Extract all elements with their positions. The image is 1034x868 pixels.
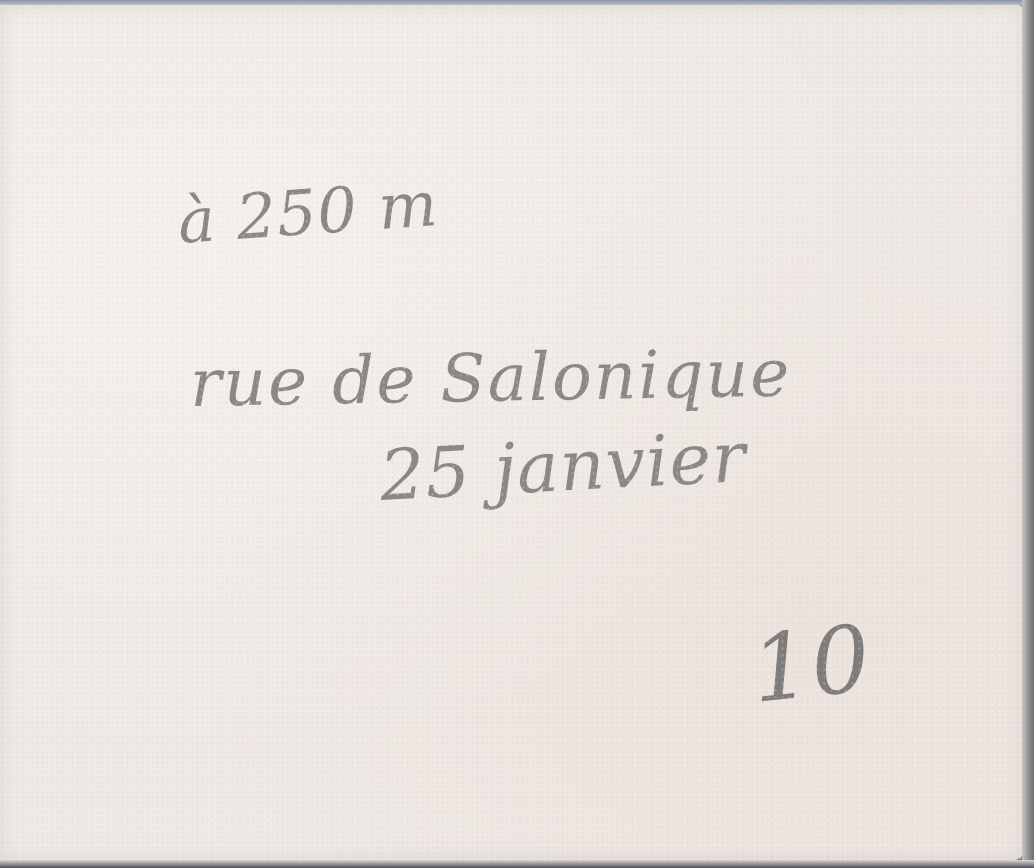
right-edge-shadow xyxy=(1022,0,1034,868)
handwritten-street-line: rue de Salonique xyxy=(189,335,791,422)
scanned-card: à 250 m rue de Salonique 25 janvier 10 xyxy=(0,0,1034,868)
bottom-edge-shadow xyxy=(0,860,1034,868)
handwritten-distance-line: à 250 m xyxy=(175,167,440,258)
handwritten-date-line: 25 janvier xyxy=(378,416,748,517)
paper-sheet: à 250 m rue de Salonique 25 janvier 10 xyxy=(0,5,1024,860)
handwritten-page-number: 10 xyxy=(746,605,876,724)
